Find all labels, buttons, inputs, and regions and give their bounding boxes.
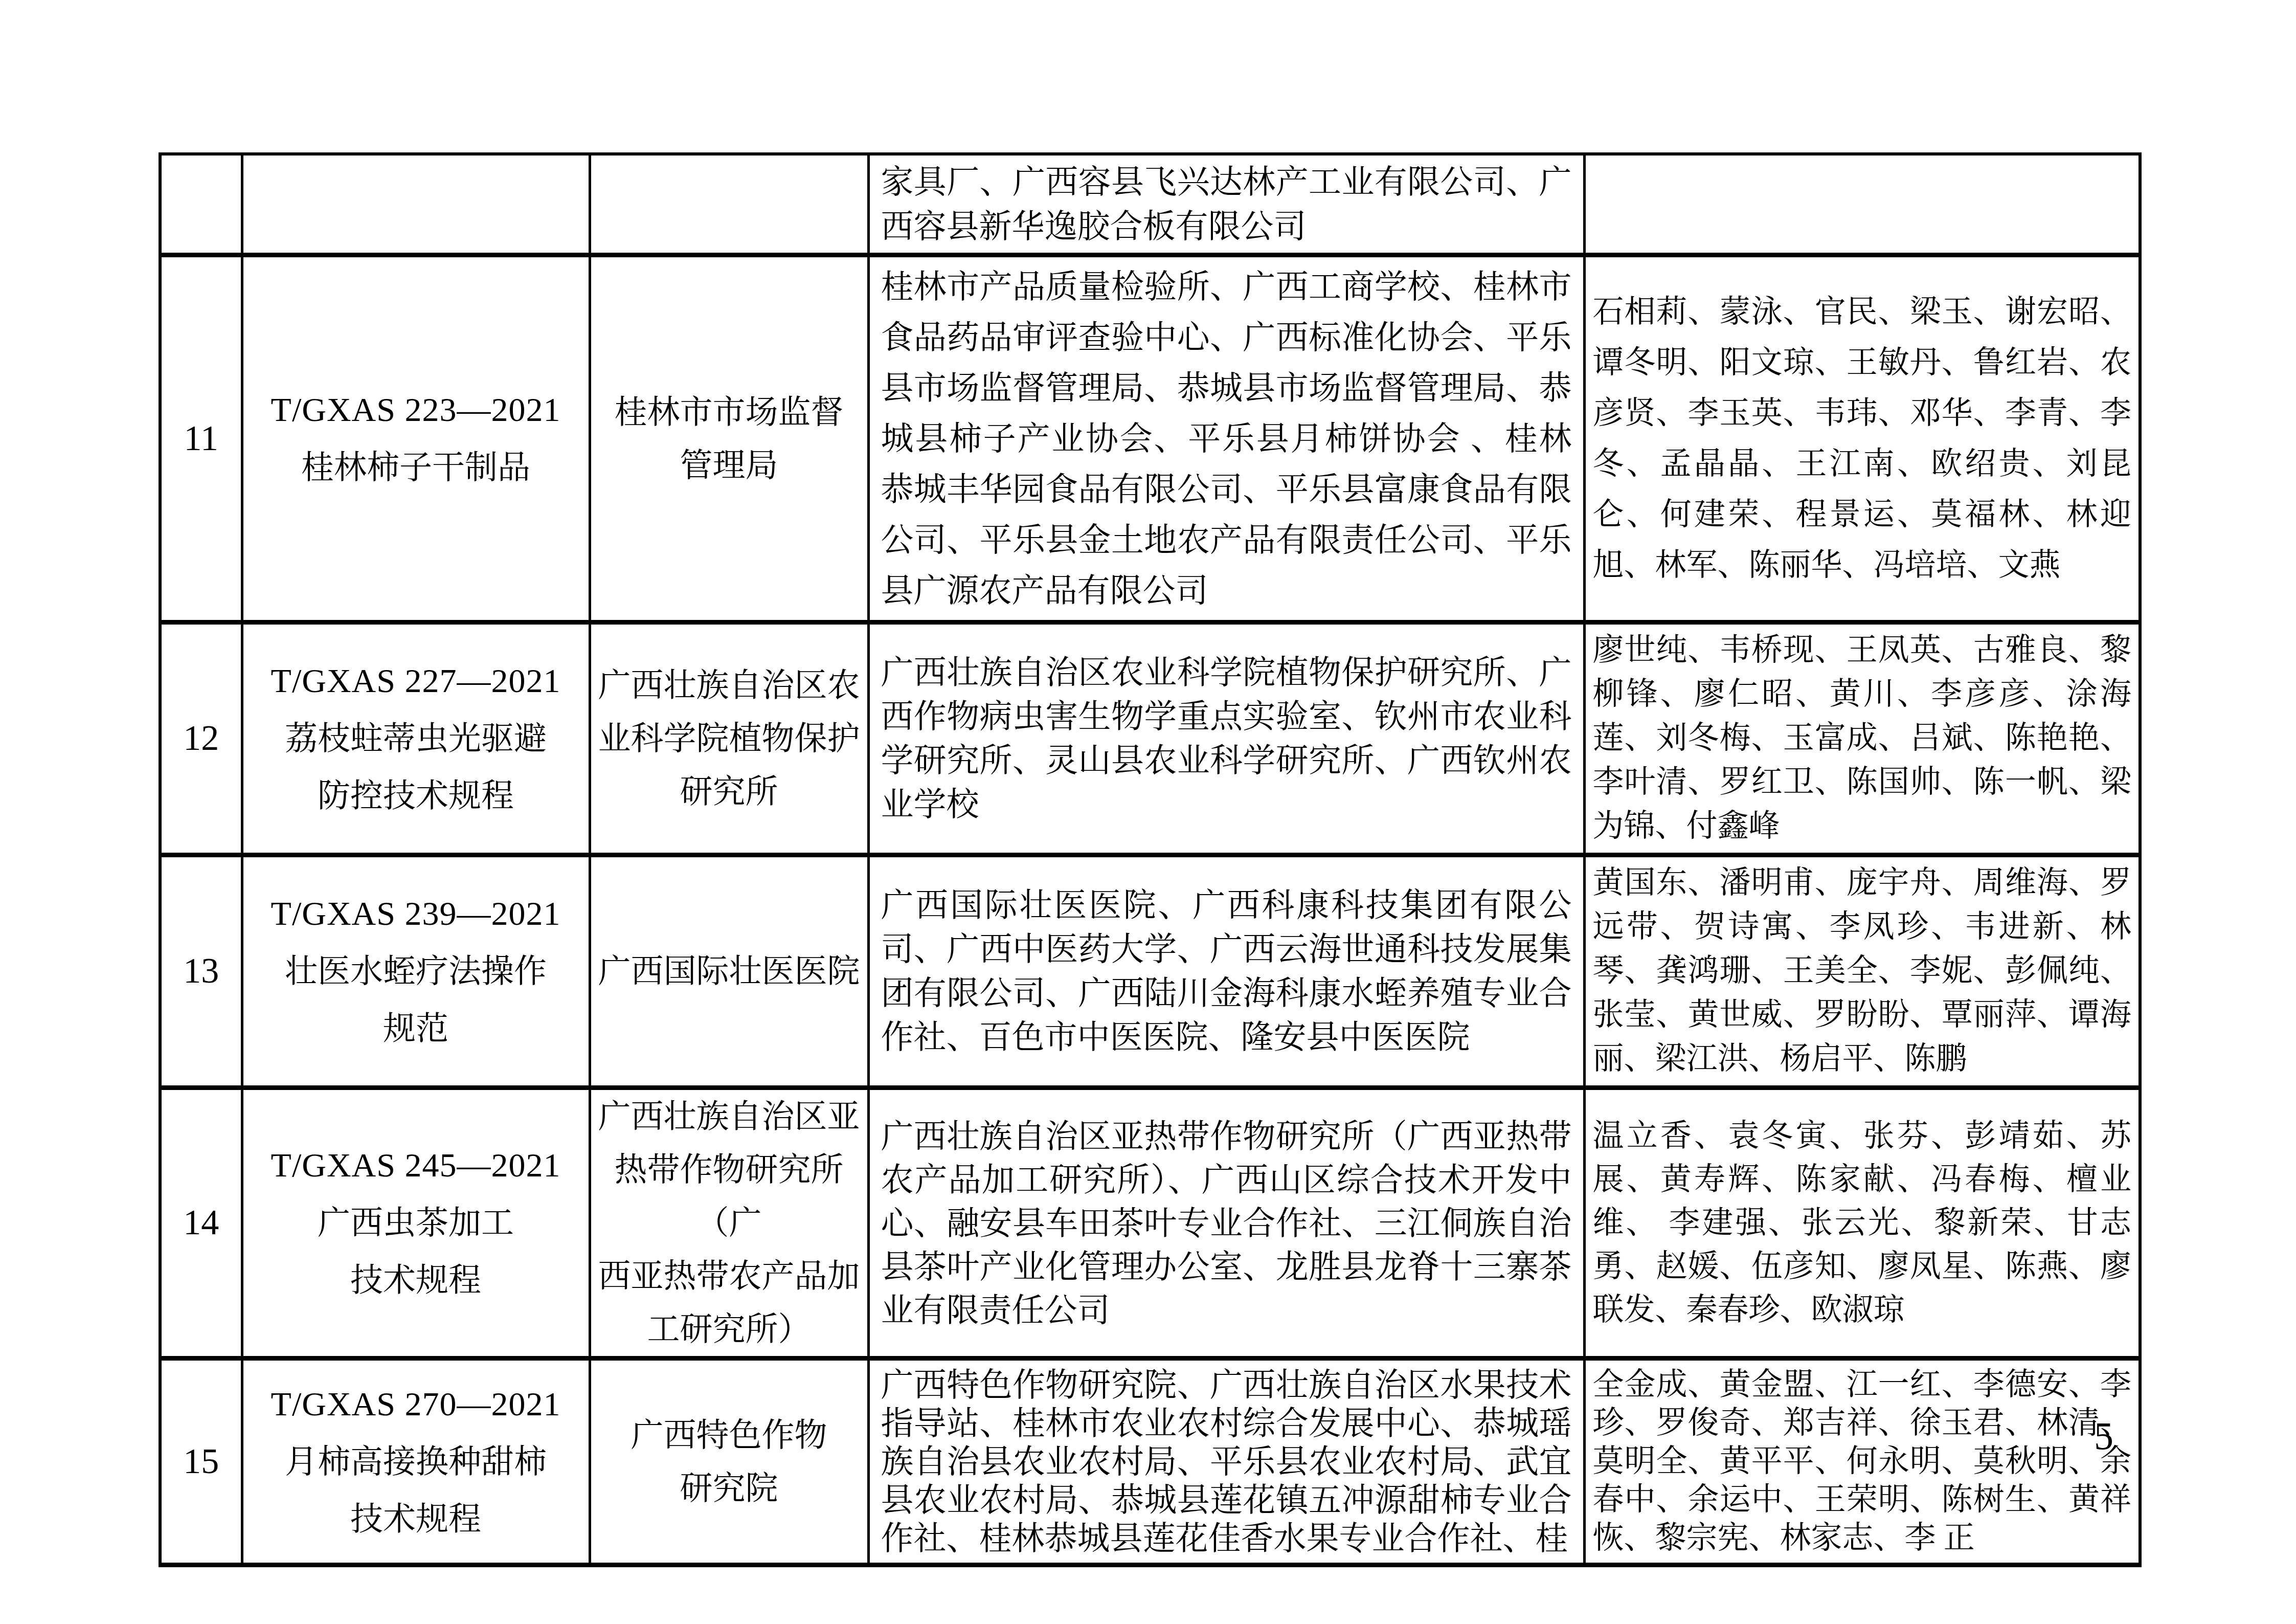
seq-cell: 12 bbox=[160, 622, 242, 855]
page-number: 5 bbox=[2094, 1416, 2113, 1457]
seq-cell bbox=[160, 154, 242, 255]
org-cell: 广西特色作物 研究院 bbox=[590, 1359, 868, 1565]
table-row-continued: 家具厂、广西容县飞兴达林产工业有限公司、广西容县新华逸胶合板有限公司 bbox=[160, 154, 2140, 255]
seq-cell: 14 bbox=[160, 1088, 242, 1359]
table-row: 14 T/GXAS 245—2021 广西虫茶加工 技术规程 广西壮族自治区亚 … bbox=[160, 1088, 2140, 1359]
standard-code: T/GXAS 245—2021 bbox=[243, 1137, 589, 1194]
table-row: 12 T/GXAS 227—2021 荔枝蛀蒂虫光驱避 防控技术规程 广西壮族自… bbox=[160, 622, 2140, 855]
standard-name: 壮医水蛭疗法操作 规范 bbox=[243, 943, 589, 1057]
org-cell: 广西壮族自治区农 业科学院植物保护 研究所 bbox=[590, 622, 868, 855]
standard-name: 月柿高接换种甜柿 技术规程 bbox=[243, 1433, 589, 1548]
standards-table: 家具厂、广西容县飞兴达林产工业有限公司、广西容县新华逸胶合板有限公司 11 T/… bbox=[159, 152, 2142, 1567]
table-row: 15 T/GXAS 270—2021 月柿高接换种甜柿 技术规程 广西特色作物 … bbox=[160, 1359, 2140, 1565]
table-row: 11 T/GXAS 223—2021 桂林柿子干制品 桂林市市场监督 管理局 桂… bbox=[160, 255, 2140, 622]
org-cell bbox=[590, 154, 868, 255]
units-cell: 家具厂、广西容县飞兴达林产工业有限公司、广西容县新华逸胶合板有限公司 bbox=[868, 154, 1584, 255]
drafters-cell: 全金成、黄金盟、江一红、李德安、李珍、罗俊奇、郑吉祥、徐玉君、林清、 莫明全、黄… bbox=[1584, 1359, 2140, 1565]
document-page: 家具厂、广西容县飞兴达林产工业有限公司、广西容县新华逸胶合板有限公司 11 T/… bbox=[0, 0, 2296, 1624]
standard-cell: T/GXAS 223—2021 桂林柿子干制品 bbox=[242, 255, 590, 622]
units-cell: 广西壮族自治区农业科学院植物保护研究所、广西作物病虫害生物学重点实验室、钦州市农… bbox=[868, 622, 1584, 855]
org-cell: 广西国际壮医医院 bbox=[590, 855, 868, 1088]
table-row: 13 T/GXAS 239—2021 壮医水蛭疗法操作 规范 广西国际壮医医院 … bbox=[160, 855, 2140, 1088]
drafters-cell: 廖世纯、韦桥现、王凤英、古雅良、黎柳锋、廖仁昭、黄川、李彦彦、涂海莲、刘冬梅、玉… bbox=[1584, 622, 2140, 855]
units-cell: 广西国际壮医医院、广西科康科技集团有限公司、广西中医药大学、广西云海世通科技发展… bbox=[868, 855, 1584, 1088]
seq-cell: 11 bbox=[160, 255, 242, 622]
standard-name: 桂林柿子干制品 bbox=[243, 439, 589, 496]
drafters-cell: 黄国东、潘明甫、庞宇舟、周维海、罗远带、贺诗寓、李凤珍、韦进新、林琴、龚鸿珊、王… bbox=[1584, 855, 2140, 1088]
drafters-cell: 温立香、袁冬寅、张芬、彭靖茹、苏展、黄寿辉、陈家献、冯春梅、檀业维、 李建强、张… bbox=[1584, 1088, 2140, 1359]
standard-code: T/GXAS 239—2021 bbox=[243, 885, 589, 943]
standard-cell bbox=[242, 154, 590, 255]
org-cell: 桂林市市场监督 管理局 bbox=[590, 255, 868, 622]
units-cell: 桂林市产品质量检验所、广西工商学校、桂林市食品药品审评查验中心、广西标准化协会、… bbox=[868, 255, 1584, 622]
standard-name: 广西虫茶加工 技术规程 bbox=[243, 1194, 589, 1309]
drafters-cell bbox=[1584, 154, 2140, 255]
standard-name: 荔枝蛀蒂虫光驱避 防控技术规程 bbox=[243, 710, 589, 825]
units-cell: 广西特色作物研究院、广西壮族自治区水果技术指导站、桂林市农业农村综合发展中心、恭… bbox=[868, 1359, 1584, 1565]
org-cell: 广西壮族自治区亚 热带作物研究所（广 西亚热带农产品加 工研究所） bbox=[590, 1088, 868, 1359]
standard-cell: T/GXAS 245—2021 广西虫茶加工 技术规程 bbox=[242, 1088, 590, 1359]
standard-code: T/GXAS 223—2021 bbox=[243, 382, 589, 439]
standard-cell: T/GXAS 227—2021 荔枝蛀蒂虫光驱避 防控技术规程 bbox=[242, 622, 590, 855]
standard-cell: T/GXAS 239—2021 壮医水蛭疗法操作 规范 bbox=[242, 855, 590, 1088]
seq-cell: 15 bbox=[160, 1359, 242, 1565]
standard-code: T/GXAS 270—2021 bbox=[243, 1376, 589, 1433]
standard-cell: T/GXAS 270—2021 月柿高接换种甜柿 技术规程 bbox=[242, 1359, 590, 1565]
drafters-cell: 石相莉、蒙泳、官民、梁玉、谢宏昭、谭冬明、阳文琼、王敏丹、鲁红岩、农彦贤、李玉英… bbox=[1584, 255, 2140, 622]
standard-code: T/GXAS 227—2021 bbox=[243, 653, 589, 710]
seq-cell: 13 bbox=[160, 855, 242, 1088]
units-cell: 广西壮族自治区亚热带作物研究所（广西亚热带农产品加工研究所）、广西山区综合技术开… bbox=[868, 1088, 1584, 1359]
